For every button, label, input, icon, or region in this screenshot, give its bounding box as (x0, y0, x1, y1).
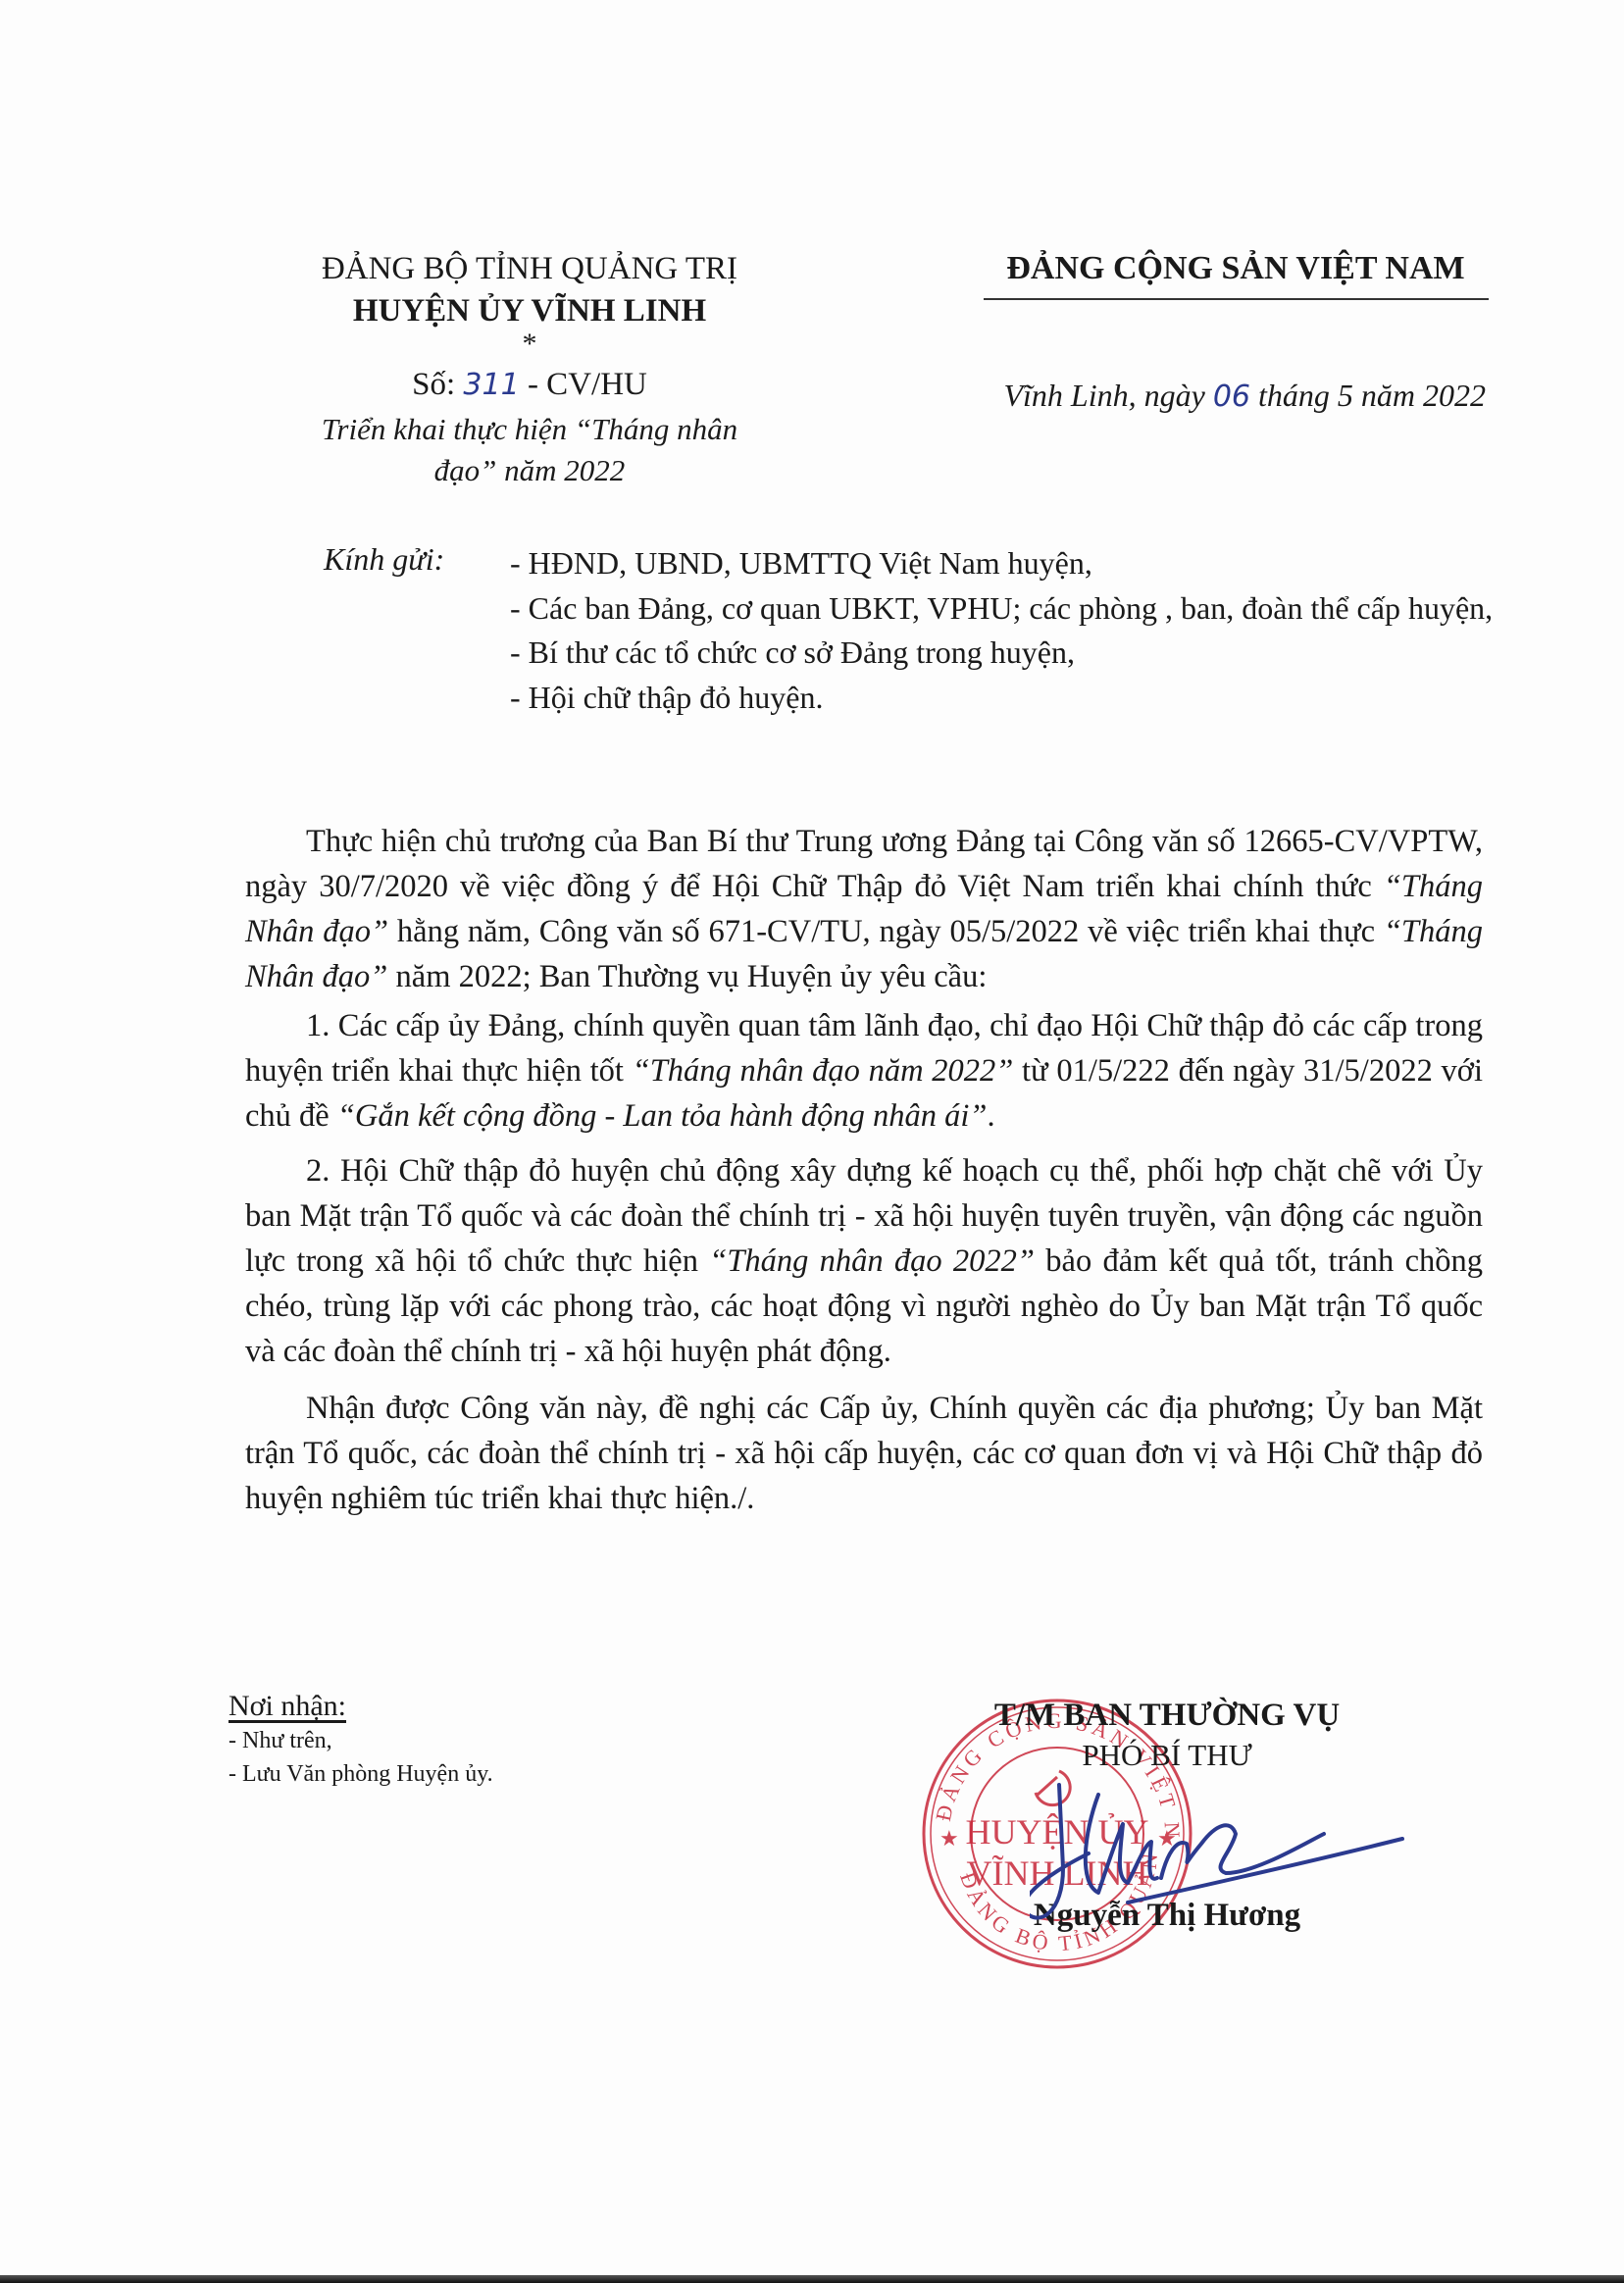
recipient-item: - Bí thư các tổ chức cơ sở Đảng trong hu… (510, 631, 1510, 676)
recipients-label: Kính gửi: (324, 541, 444, 578)
italic-quote: “Gắn kết cộng đồng - Lan tỏa hành động n… (337, 1098, 988, 1134)
date-day-handwritten: 06 (1213, 380, 1250, 414)
closing-paragraph: Nhận được Công văn này, đề nghị các Cấp … (245, 1386, 1483, 1521)
distribution-title: Nơi nhận: (228, 1689, 493, 1724)
national-header: ĐẢNG CỘNG SẢN VIỆT NAM (961, 247, 1510, 300)
document-page: ĐẢNG BỘ TỈNH QUẢNG TRỊ HUYỆN ỦY VĨNH LIN… (0, 0, 1624, 2283)
subject-line-2: đạo” năm 2022 (265, 450, 794, 491)
issuer-header: ĐẢNG BỘ TỈNH QUẢNG TRỊ HUYỆN ỦY VĨNH LIN… (265, 247, 794, 491)
text-run: Thực hiện chủ trương của Ban Bí thư Trun… (245, 824, 1483, 904)
recipient-item: - Hội chữ thập đỏ huyện. (510, 676, 1510, 721)
number-prefix: Số: (412, 367, 463, 402)
handwritten-signature (1030, 1775, 1442, 1942)
text-run: hằng năm, Công văn số 671-CV/TU, ngày 05… (388, 914, 1384, 949)
italic-quote: “Tháng nhân đạo 2022” (709, 1243, 1035, 1279)
italic-quote: “Tháng nhân đạo năm 2022” (633, 1053, 1014, 1089)
recipient-item: - HĐND, UBND, UBMTTQ Việt Nam huyện, (510, 541, 1510, 586)
distribution-list: Nơi nhận: - Như trên, - Lưu Văn phòng Hu… (228, 1689, 493, 1791)
item-2-paragraph: 2. Hội Chữ thập đỏ huyện chủ động xây dự… (245, 1148, 1483, 1374)
number-suffix: - CV/HU (520, 367, 647, 402)
item-1-paragraph: 1. Các cấp ủy Đảng, chính quyền quan tâm… (245, 1003, 1483, 1139)
scan-edge-shadow (0, 2275, 1624, 2283)
document-body: Thực hiện chủ trương của Ban Bí thư Trun… (245, 819, 1483, 1525)
date-suffix: tháng 5 năm 2022 (1250, 378, 1486, 413)
party-motto: ĐẢNG CỘNG SẢN VIỆT NAM (1006, 247, 1464, 290)
on-behalf-of: T/M BAN THƯỜNG VỤ (922, 1695, 1412, 1736)
party-committee: ĐẢNG BỘ TỈNH QUẢNG TRỊ (265, 247, 794, 290)
issue-date: Vĩnh Linh, ngày 06 tháng 5 năm 2022 (922, 378, 1486, 414)
signature-block: T/M BAN THƯỜNG VỤ PHÓ BÍ THƯ Nguyễn Thị … (922, 1695, 1412, 1775)
subject-line-1: Triển khai thực hiện “Tháng nhân (265, 409, 794, 450)
district-committee: HUYỆN ỦY VĨNH LINH (265, 290, 794, 331)
distribution-item: - Lưu Văn phòng Huyện ủy. (228, 1757, 493, 1791)
recipient-item: - Các ban Đảng, cơ quan UBKT, VPHU; các … (510, 586, 1510, 632)
document-number: Số: 311 - CV/HU (265, 361, 794, 409)
signer-position: PHÓ BÍ THƯ (922, 1736, 1412, 1775)
header-separator: * (265, 331, 794, 361)
svg-text:★: ★ (939, 1826, 959, 1851)
distribution-item: - Như trên, (228, 1724, 493, 1757)
number-handwritten: 311 (463, 368, 519, 402)
text-run: Nhận được Công văn này, đề nghị các Cấp … (245, 1391, 1483, 1516)
intro-paragraph: Thực hiện chủ trương của Ban Bí thư Trun… (245, 819, 1483, 999)
date-prefix: Vĩnh Linh, ngày (1003, 378, 1212, 413)
motto-underline (984, 298, 1489, 300)
text-run: . (988, 1098, 995, 1134)
recipients-list: - HĐND, UBND, UBMTTQ Việt Nam huyện, - C… (510, 541, 1510, 720)
text-run: năm 2022; Ban Thường vụ Huyện ủy yêu cầu… (387, 959, 987, 994)
